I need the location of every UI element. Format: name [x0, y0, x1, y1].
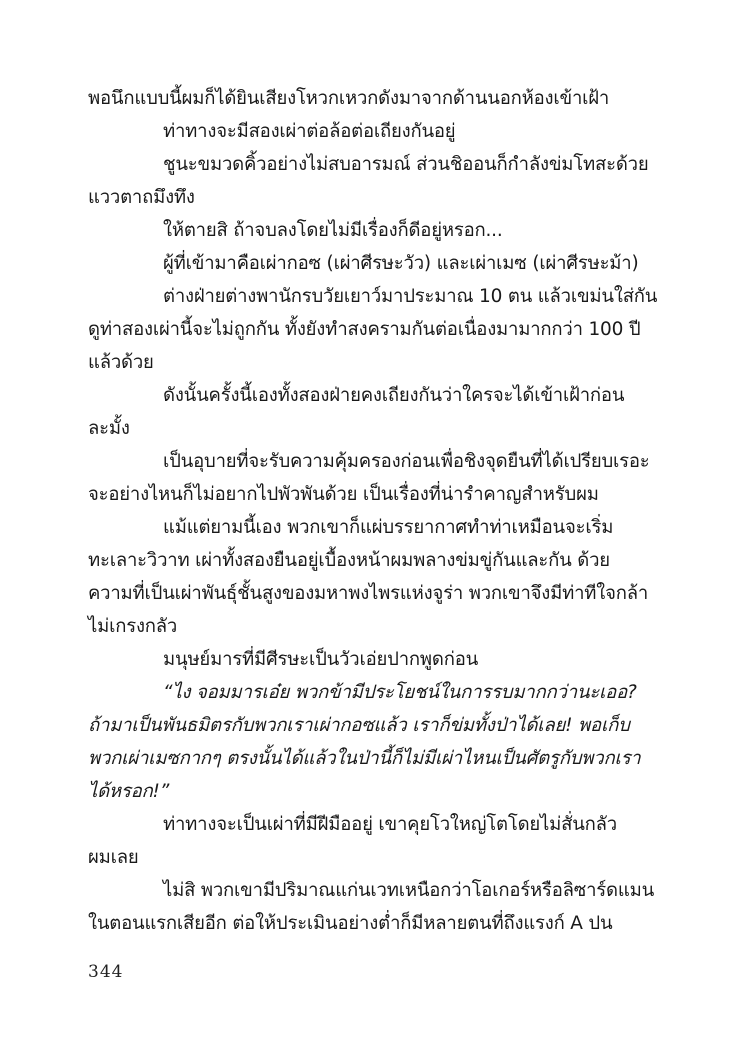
text-line: ดังนั้นครั้งนี้เองทั้งสองฝ่ายคงเถียงกันว…	[88, 379, 653, 412]
text-line: ต่างฝ่ายต่างพานักรบวัยเยาว์มาประมาณ 10 ต…	[88, 280, 653, 313]
dialogue-line: ได้หรอก!”	[88, 775, 653, 808]
text-line: ผู้ที่เข้ามาคือเผ่ากอซ (เผ่าศีรษะวัว) แล…	[88, 247, 653, 280]
text-line: จะอย่างไหนก็ไม่อยากไปพัวพันด้วย เป็นเรื่…	[88, 478, 653, 511]
text-line: ท่าทางจะเป็นเผ่าที่มีฝีมืออยู่ เขาคุยโวใ…	[88, 808, 653, 841]
text-line: มนุษย์มารที่มีศีรษะเป็นวัวเอ่ยปากพูดก่อน	[88, 643, 653, 676]
text-line: ดูท่าสองเผ่านี้จะไม่ถูกกัน ทั้งยังทำสงคร…	[88, 313, 653, 346]
document-page: พอนึกแบบนี้ผมก็ได้ยินเสียงโหวกเหวกดังมาจ…	[88, 82, 653, 940]
text-line: แม้แต่ยามนี้เอง พวกเขาก็แผ่บรรยากาศทำท่า…	[88, 511, 653, 544]
text-line: ท่าทางจะมีสองเผ่าต่อล้อต่อเถียงกันอยู่	[88, 115, 653, 148]
text-line: ไม่เกรงกลัว	[88, 610, 653, 643]
text-line: แววตาถมึงทึง	[88, 181, 653, 214]
text-line: เป็นอุบายที่จะรับความคุ้มครองก่อนเพื่อชิ…	[88, 445, 653, 478]
text-line: แล้วด้วย	[88, 346, 653, 379]
text-line: ในตอนแรกเสียอีก ต่อให้ประเมินอย่างต่ำก็ม…	[88, 907, 653, 940]
text-line: ละมั้ง	[88, 412, 653, 445]
text-line: ความที่เป็นเผ่าพันธุ์ชั้นสูงของมหาพงไพรแ…	[88, 577, 653, 610]
text-line: พอนึกแบบนี้ผมก็ได้ยินเสียงโหวกเหวกดังมาจ…	[88, 82, 653, 115]
text-line: ผมเลย	[88, 841, 653, 874]
text-line: ชูนะขมวดคิ้วอย่างไม่สบอารมณ์ ส่วนชิออนก็…	[88, 148, 653, 181]
text-line: ไม่สิ พวกเขามีปริมาณแก่นเวทเหนือกว่าโอเก…	[88, 874, 653, 907]
dialogue-line: พวกเผ่าเมซกากๆ ตรงนั้นได้แล้วในป่านี้ก็ไ…	[88, 742, 653, 775]
page-number: 344	[88, 962, 123, 982]
dialogue-line: ถ้ามาเป็นพันธมิตรกับพวกเราเผ่ากอซแล้ว เร…	[88, 709, 653, 742]
dialogue-line: “ไง จอมมารเอ๋ย พวกข้ามีประโยชน์ในการรบมา…	[88, 676, 653, 709]
text-line: ให้ตายสิ ถ้าจบลงโดยไม่มีเรื่องก็ดีอยู่หร…	[88, 214, 653, 247]
text-line: ทะเลาะวิวาท เผ่าทั้งสองยืนอยู่เบื้องหน้า…	[88, 544, 653, 577]
